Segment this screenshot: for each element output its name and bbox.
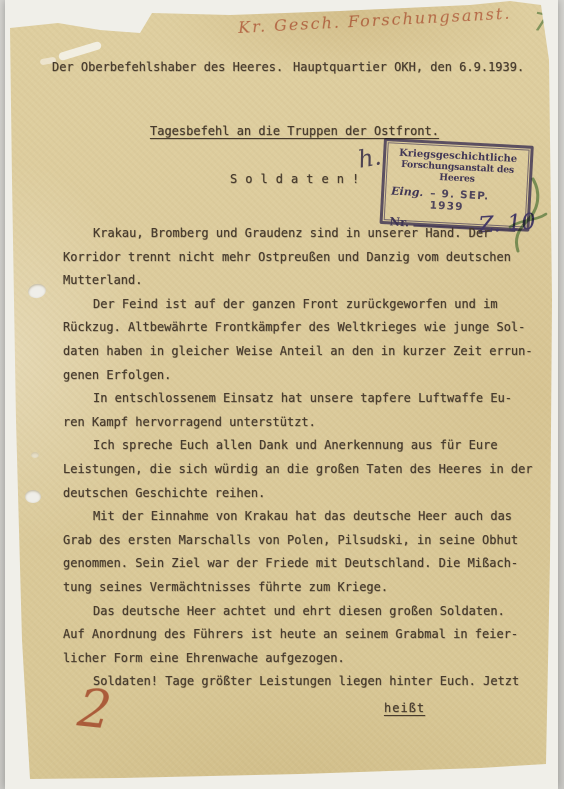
body-line: Mutterland. [63,269,543,293]
body-line: In entschlossenem Einsatz hat unsere tap… [63,387,543,411]
paper-scratch [58,41,102,62]
punch-hole-top [27,282,48,299]
body-line: Leistungen, die sich würdig an die große… [63,458,543,482]
body-line: daten haben in gleicher Weise Anteil an … [63,340,543,364]
document-title: Tagesbefehl an die Truppen der Ostfront. [150,124,439,138]
body-line: Mit der Einnahme von Krakau hat das deut… [63,505,543,529]
body-line: Rückzug. Altbewährte Frontkämpfer des We… [63,316,543,340]
body-line: Auf Anordnung des Führers ist heute an s… [63,623,543,647]
body-line: Grab des ersten Marschalls von Polen, Pi… [63,529,543,553]
document-page: Kr. Gesch. Forschungsanst. 7 Der Oberbef… [0,0,564,789]
body-line: genommen. Sein Ziel war der Friede mit D… [63,552,543,576]
salutation: S o l d a t e n ! [230,172,360,186]
stamp-received-label: Eing. [391,184,424,199]
document-body: Krakau, Bromberg und Graudenz sind in un… [63,222,543,694]
body-line: tung seines Vermächtnisses führte zum Kr… [63,576,543,600]
scanned-document: Kr. Gesch. Forschungsanst. 7 Der Oberbef… [0,0,564,789]
handwritten-initial: h. [356,142,384,174]
body-line: genen Erfolgen. [63,364,543,388]
body-line: Soldaten! Tage größter Leistungen liegen… [63,670,543,694]
body-line: Ich spreche Euch allen Dank und Anerkenn… [63,434,543,458]
paper-scuff [31,452,39,458]
body-line: Krakau, Bromberg und Graudenz sind in un… [63,222,543,246]
catchword: heißt [384,701,425,715]
body-line: Korridor trennt nicht mehr Ostpreußen un… [63,246,543,270]
body-line: Das deutsche Heer achtet und ehrt diesen… [63,600,543,624]
body-line: licher Form eine Ehrenwache aufgezogen. [63,647,543,671]
red-page-number: 2 [75,678,114,741]
body-line: ren Kampf hervorragend unterstützt. [63,411,543,435]
body-line: Der Feind ist auf der ganzen Front zurüc… [63,293,543,317]
sender-line: Der Oberbefehlshaber des Heeres. [52,60,283,74]
punch-hole-bottom [25,490,41,503]
body-line: deutschen Geschichte reihen. [63,482,543,506]
place-date-line: Hauptquartier OKH, den 6.9.1939. [293,60,524,74]
